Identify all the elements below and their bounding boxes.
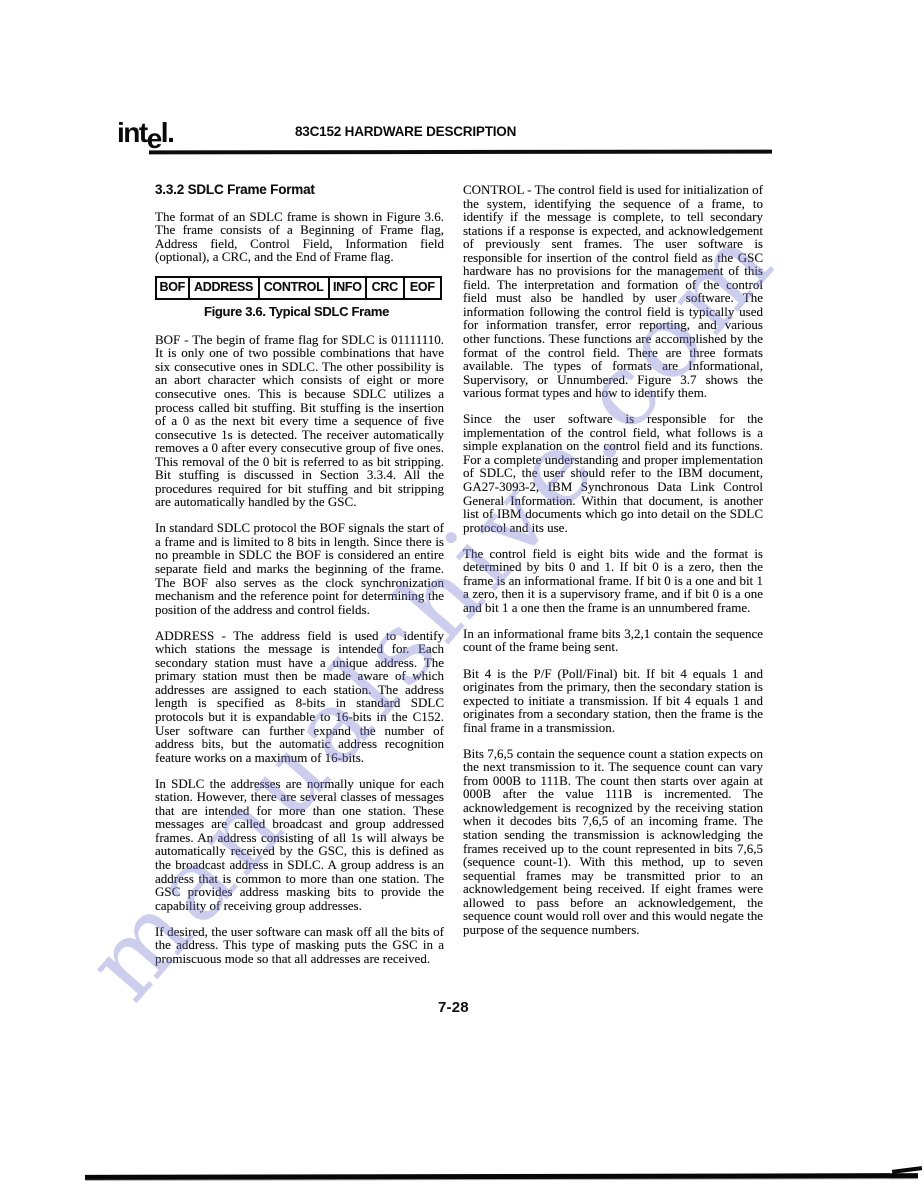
frame-cell-control: CONTROL xyxy=(260,278,330,298)
paragraph-mask: If desired, the user software can mask o… xyxy=(155,925,444,966)
sdlc-frame-diagram: BOF ADDRESS CONTROL INFO CRC EOF xyxy=(155,276,442,300)
paragraph-bof: BOF - The begin of frame flag for SDLC i… xyxy=(155,333,444,509)
paragraph-since: Since the user software is responsible f… xyxy=(463,412,763,534)
frame-cell-address: ADDRESS xyxy=(190,278,260,298)
section-heading: 3.3.2 SDLC Frame Format xyxy=(155,183,444,197)
scan-edge-line xyxy=(85,1173,918,1180)
left-column: 3.3.2 SDLC Frame Format The format of an… xyxy=(155,183,444,965)
figure-sdlc-frame: BOF ADDRESS CONTROL INFO CRC EOF Figure … xyxy=(155,276,444,319)
paragraph-control-field: The control field is eight bits wide and… xyxy=(463,547,763,615)
paragraph-address-2: In SDLC the addresses are normally uniqu… xyxy=(155,777,444,912)
logo-part: int xyxy=(117,117,147,148)
intel-logo: intel. xyxy=(117,117,173,149)
paragraph-address: ADDRESS - The address field is used to i… xyxy=(155,629,444,764)
right-column: CONTROL - The control field is used for … xyxy=(463,183,763,936)
document-page: intel. 83C152 HARDWARE DESCRIPTION 3.3.2… xyxy=(0,0,924,1193)
logo-part: l. xyxy=(161,117,174,148)
page-number: 7-28 xyxy=(438,999,469,1016)
figure-caption: Figure 3.6. Typical SDLC Frame xyxy=(155,305,438,319)
paragraph-control: CONTROL - The control field is used for … xyxy=(463,183,763,400)
paragraph-bof-2: In standard SDLC protocol the BOF signal… xyxy=(155,521,444,616)
paragraph-informational: In an informational frame bits 3,2,1 con… xyxy=(463,627,763,654)
header-rule xyxy=(149,150,772,155)
page-header-title: 83C152 HARDWARE DESCRIPTION xyxy=(295,124,516,139)
frame-cell-eof: EOF xyxy=(405,278,440,298)
frame-cell-crc: CRC xyxy=(367,278,404,298)
paragraph-bit4: Bit 4 is the P/F (Poll/Final) bit. If bi… xyxy=(463,667,763,735)
frame-cell-bof: BOF xyxy=(157,278,190,298)
paragraph-bits765: Bits 7,6,5 contain the sequence count a … xyxy=(463,747,763,937)
paragraph-intro: The format of an SDLC frame is shown in … xyxy=(155,210,444,264)
frame-cell-info: INFO xyxy=(330,278,367,298)
